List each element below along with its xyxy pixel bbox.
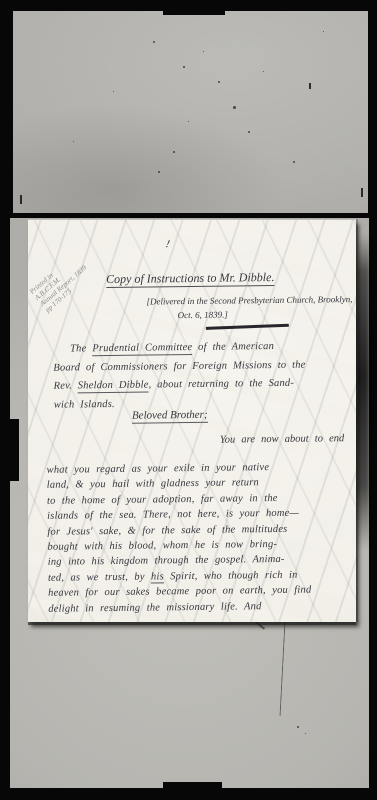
letter-body: what you regard as your exile in your na… bbox=[46, 459, 354, 617]
dust-speck bbox=[158, 171, 160, 173]
film-edge-mark bbox=[20, 195, 22, 204]
letter-page: Printed in A.B.C.F.M. Annual Report, 183… bbox=[28, 219, 356, 622]
letter-title: Copy of Instructions to Mr. Dibble. bbox=[28, 269, 354, 288]
dust-speck bbox=[248, 131, 250, 133]
dust-speck bbox=[263, 71, 264, 72]
salutation: Beloved Brother; bbox=[132, 409, 208, 422]
dust-speck bbox=[305, 733, 306, 734]
dust-speck bbox=[323, 31, 324, 32]
dust-speck bbox=[188, 121, 189, 122]
address-block: The Prudential Committee of the American… bbox=[53, 337, 354, 415]
dust-speck bbox=[173, 151, 175, 153]
letter-content: Printed in A.B.C.F.M. Annual Report, 183… bbox=[28, 219, 356, 622]
delivered-note-line1: [Delivered in the Second Presbyterian Ch… bbox=[28, 294, 353, 308]
dust-speck bbox=[113, 91, 114, 92]
film-notch-top bbox=[163, 11, 225, 15]
dust-speck bbox=[153, 41, 155, 43]
dust-speck bbox=[297, 726, 299, 728]
film-tab-left bbox=[0, 419, 19, 481]
dust-speck bbox=[233, 106, 236, 109]
dust-speck bbox=[218, 81, 220, 83]
body-line: delight in resuming the missionary life.… bbox=[48, 598, 354, 617]
dust-speck bbox=[183, 66, 185, 68]
stray-ink-mark: ! bbox=[165, 238, 171, 251]
film-frame-top bbox=[13, 11, 368, 213]
dust-speck bbox=[293, 161, 295, 163]
film-edge-mark bbox=[361, 188, 363, 197]
microfilm-scan: Printed in A.B.C.F.M. Annual Report, 183… bbox=[0, 0, 377, 800]
dust-speck bbox=[73, 141, 74, 142]
delivered-note-line2: Oct. 6, 1839.] bbox=[28, 308, 353, 322]
dust-speck bbox=[203, 51, 204, 52]
body-opening-line: You are now about to end bbox=[46, 433, 352, 448]
scratch-mark bbox=[280, 622, 288, 716]
film-edge-mark bbox=[309, 83, 311, 89]
heavy-underline bbox=[206, 324, 289, 330]
title-text: Copy of Instructions to Mr. Dibble. bbox=[106, 270, 275, 288]
film-notch-bottom bbox=[163, 782, 222, 788]
